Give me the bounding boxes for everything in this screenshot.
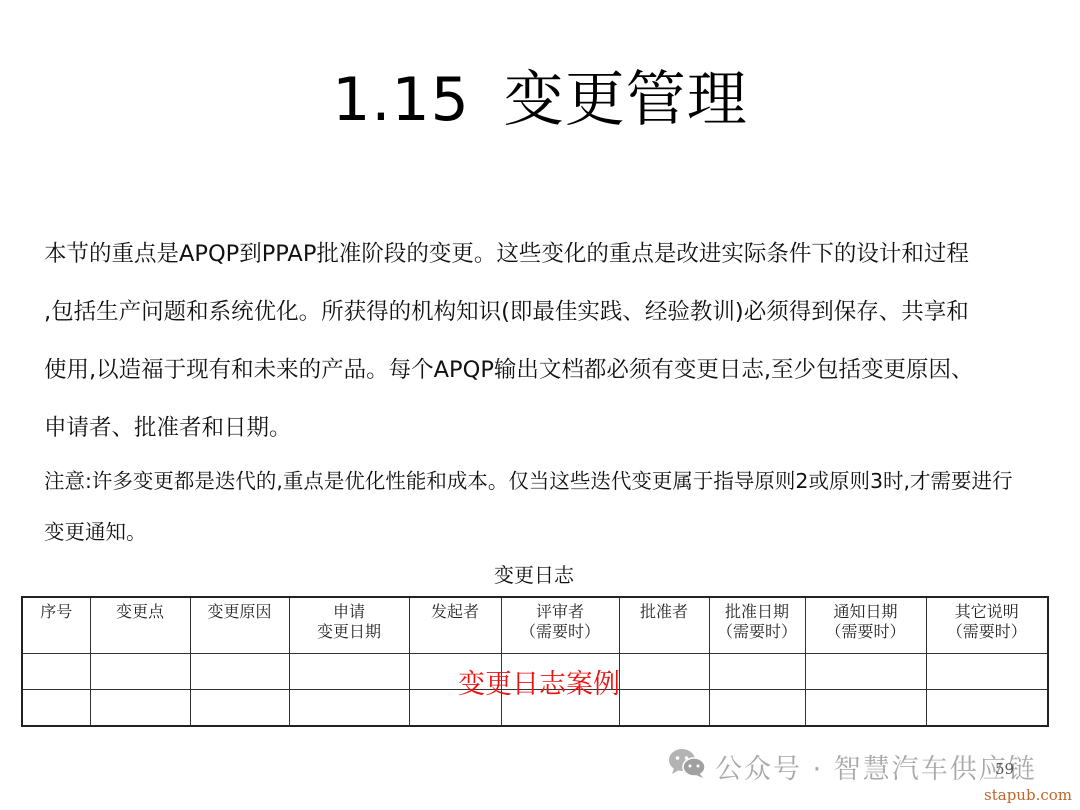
paragraph-line: 申请者、批准者和日期。 <box>44 410 292 442</box>
slide-title: 1.15变更管理 <box>0 62 1080 138</box>
table-cell <box>22 689 90 726</box>
page-number: 59 <box>995 760 1014 778</box>
table-cell <box>22 653 90 689</box>
table-header-row: 序号 变更点 变更原因 申请变更日期 发起者 评审者（需要时） 批准者 批准日期… <box>22 597 1048 653</box>
column-header-change-reason: 变更原因 <box>190 597 289 653</box>
table-cell <box>90 653 190 689</box>
example-overlay-label: 变更日志案例 <box>458 662 620 701</box>
site-watermark: stapub.com <box>984 786 1072 804</box>
section-number: 1.15 <box>332 65 470 135</box>
table-cell <box>289 653 409 689</box>
table-cell <box>190 653 289 689</box>
column-header-request-date: 申请变更日期 <box>289 597 409 653</box>
column-header-reviewer: 评审者（需要时） <box>501 597 619 653</box>
table-cell <box>619 689 709 726</box>
note-line: 注意:许多变更都是迭代的,重点是优化性能和成本。仅当这些迭代变更属于指导原则2或… <box>44 464 1013 494</box>
table-cell <box>805 689 926 726</box>
table-cell <box>190 689 289 726</box>
watermark: 公众号 · 智慧汽车供应链 <box>667 746 1037 786</box>
column-header-approval-date: 批准日期（需要时） <box>709 597 805 653</box>
column-header-change-point: 变更点 <box>90 597 190 653</box>
paragraph-line: 使用,以造福于现有和未来的产品。每个APQP输出文档都必须有变更日志,至少包括变… <box>44 352 974 384</box>
table-cell <box>926 653 1048 689</box>
column-header-notification-date: 通知日期（需要时） <box>805 597 926 653</box>
column-header-initiator: 发起者 <box>409 597 501 653</box>
section-title: 变更管理 <box>504 65 748 135</box>
note-line: 变更通知。 <box>44 515 147 545</box>
watermark-text: 公众号 · 智慧汽车供应链 <box>715 747 1037 786</box>
table-cell <box>926 689 1048 726</box>
table-cell <box>709 689 805 726</box>
table-cell <box>90 689 190 726</box>
paragraph-line: ,包括生产问题和系统优化。所获得的机构知识(即最佳实践、经验教训)必须得到保存、… <box>44 294 969 326</box>
column-header-other-notes: 其它说明（需要时） <box>926 597 1048 653</box>
table-cell <box>619 653 709 689</box>
column-header-index: 序号 <box>22 597 90 653</box>
paragraph-line: 本节的重点是APQP到PPAP批准阶段的变更。这些变化的重点是改进实际条件下的设… <box>44 236 969 268</box>
table-caption: 变更日志 <box>21 559 1047 588</box>
column-header-approver: 批准者 <box>619 597 709 653</box>
table-cell <box>289 689 409 726</box>
table-cell <box>805 653 926 689</box>
wechat-icon <box>667 747 715 786</box>
table-cell <box>709 653 805 689</box>
